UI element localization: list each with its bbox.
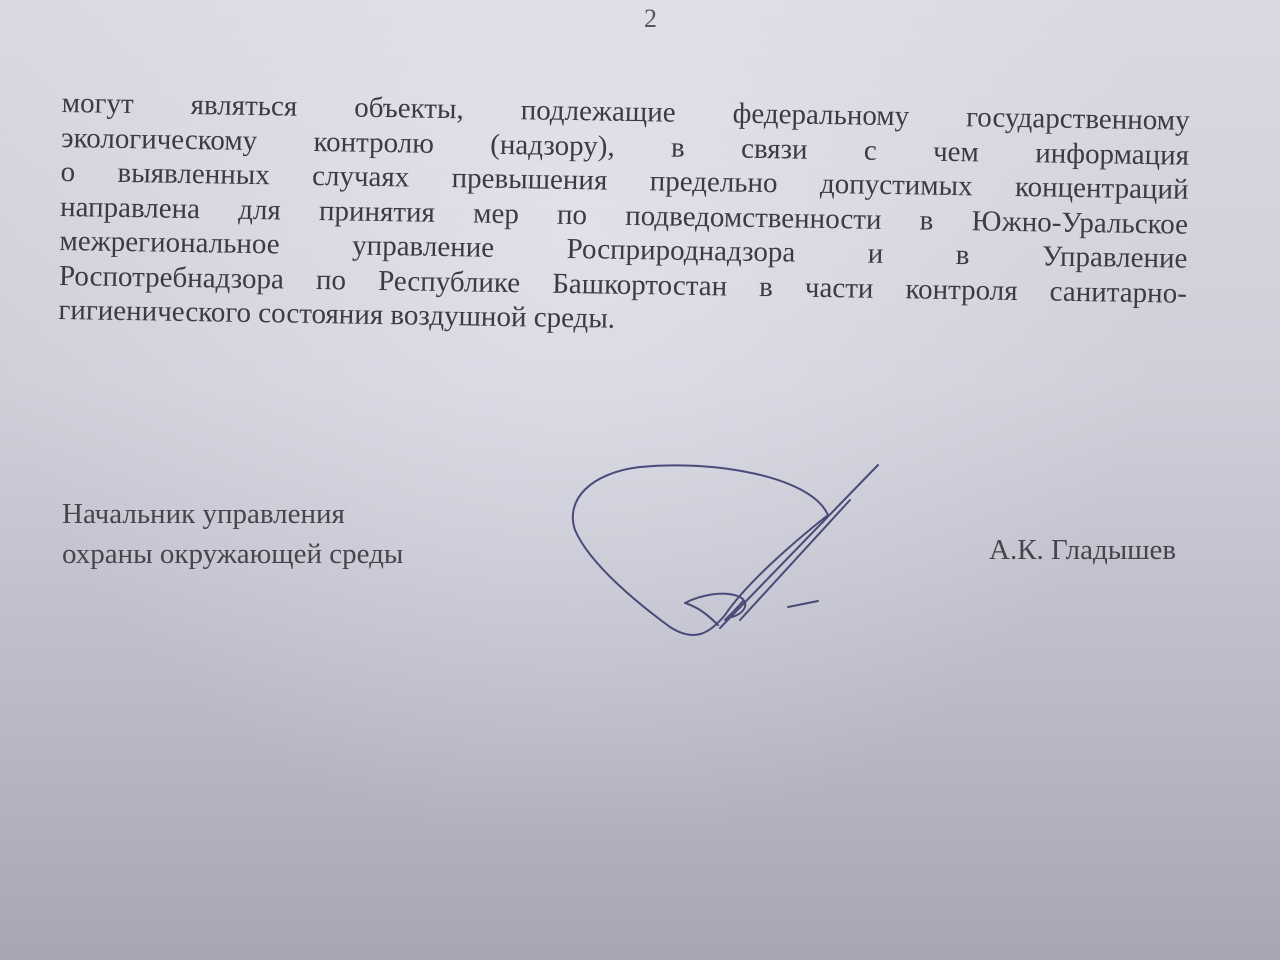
signer-position: Начальник управления охраны окружающей с… (62, 494, 403, 574)
signer-name: А.К. Гладышев (989, 534, 1176, 567)
page-number: 2 (644, 4, 657, 34)
handwritten-signature-icon (560, 455, 890, 645)
body-paragraph: могут являться объекты, подлежащие федер… (58, 86, 1190, 345)
document-page: 2 могут являться объекты, подлежащие фед… (0, 0, 1280, 960)
position-line: Начальник управления (62, 494, 403, 534)
position-line: охраны окружающей среды (62, 534, 403, 574)
